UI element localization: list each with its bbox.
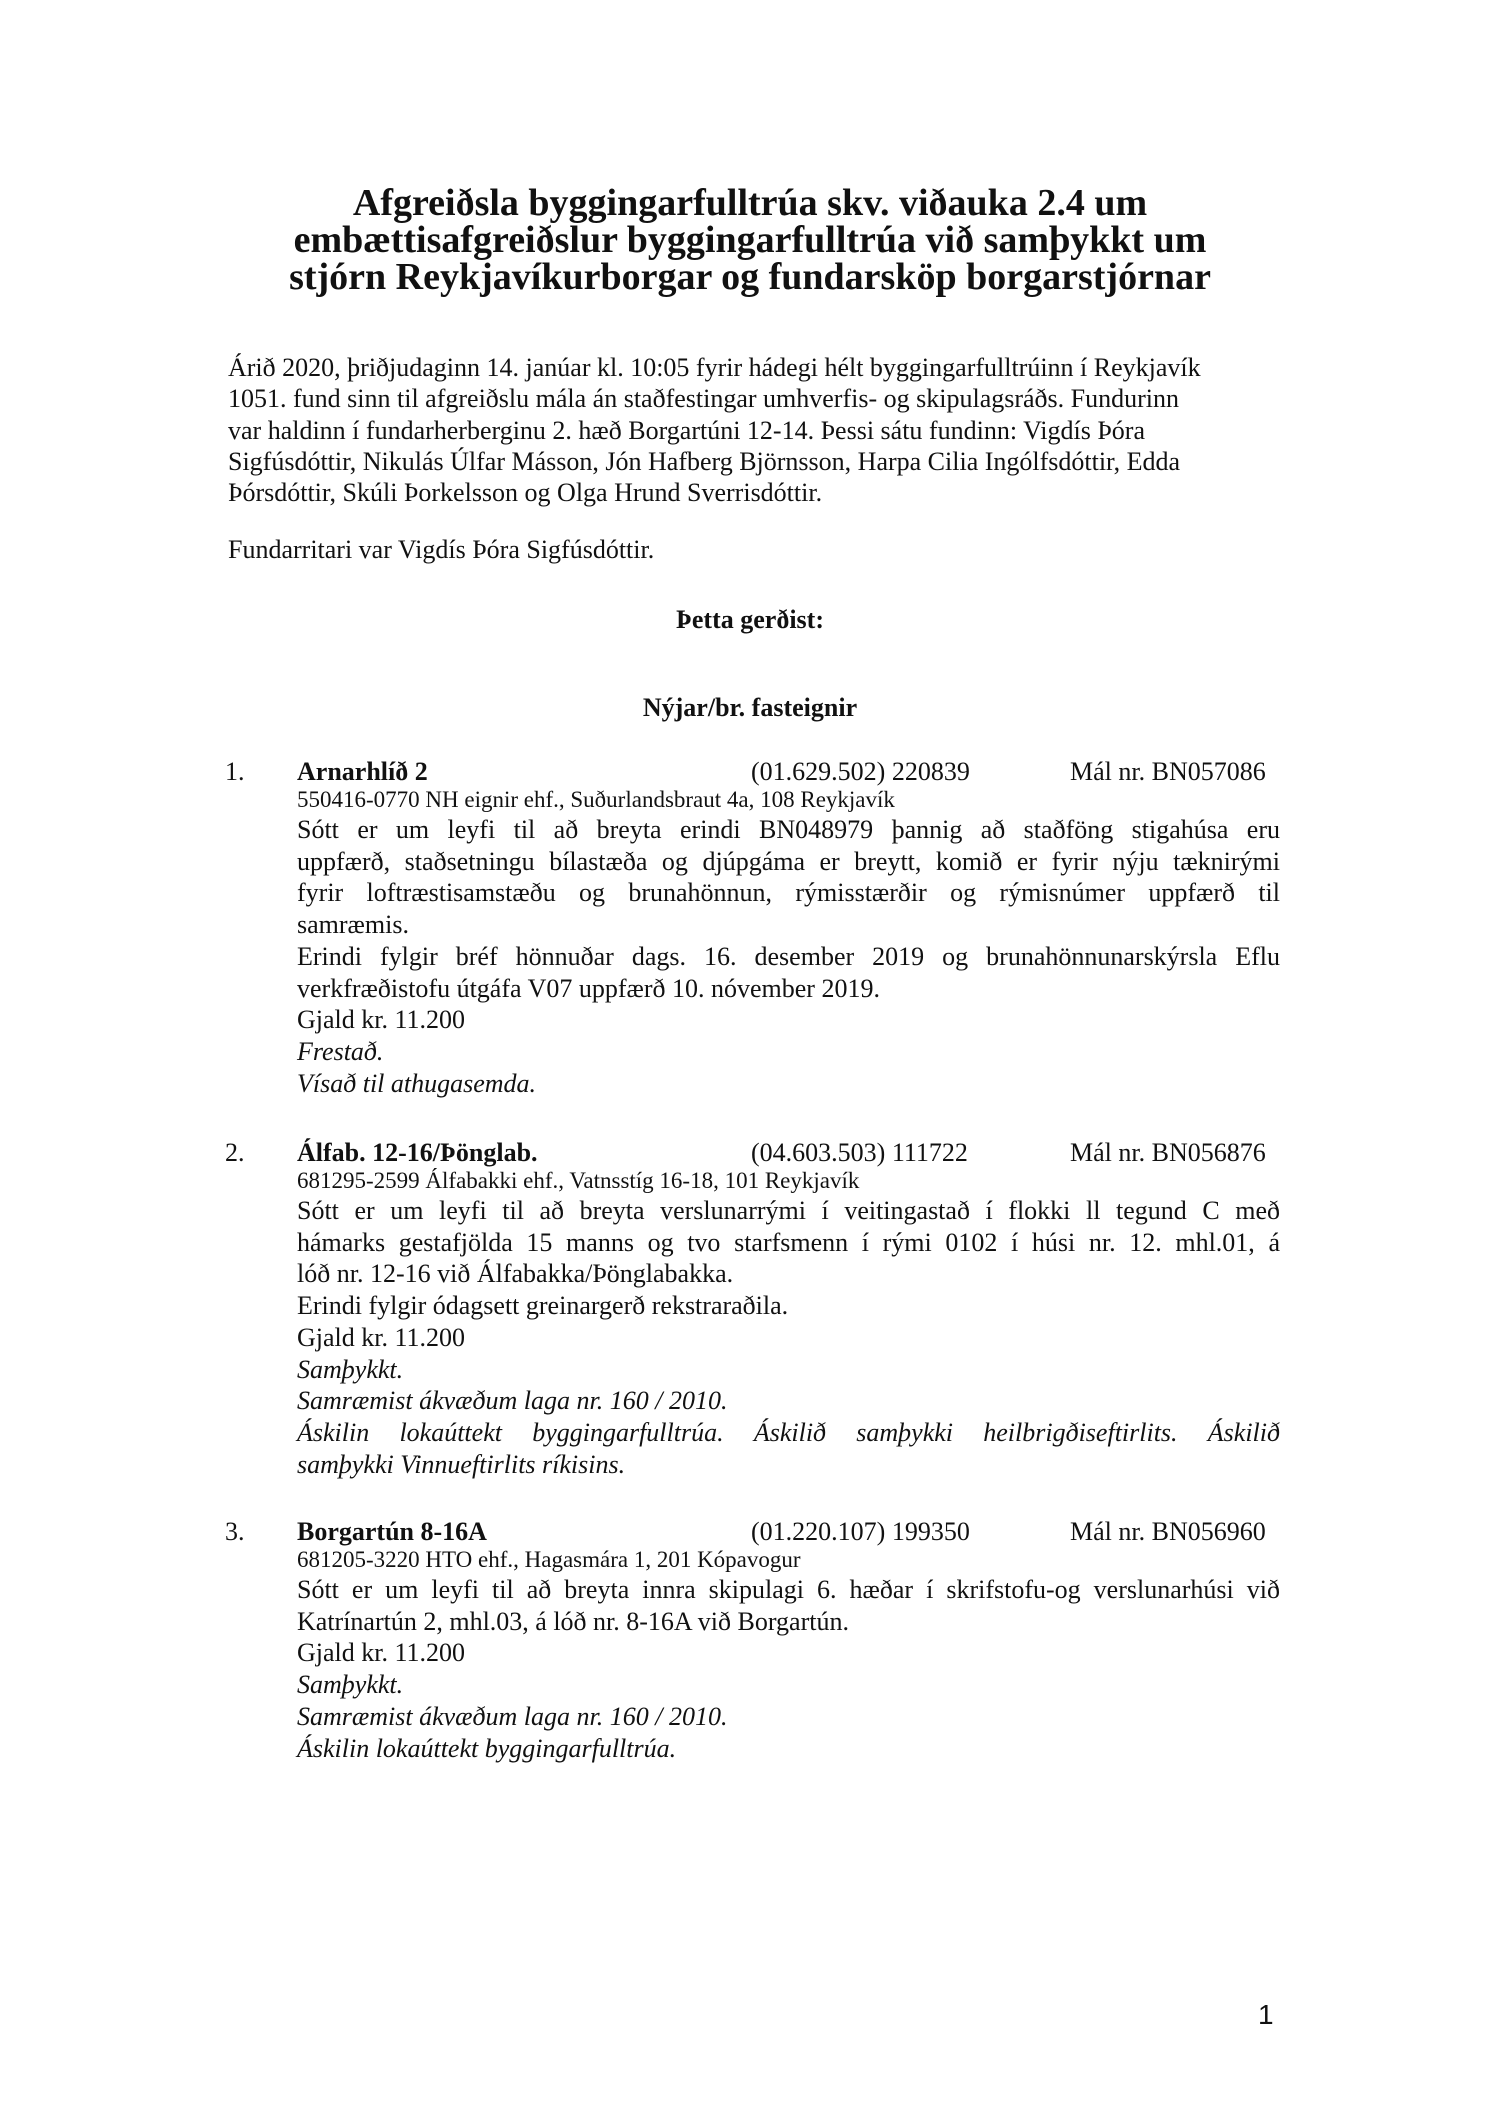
case-number: Mál nr. BN056876 (1070, 1137, 1266, 1169)
description-line: verkfræðistofu útgáfa V07 uppfærð 10. nó… (297, 973, 1280, 1005)
intro-line: Árið 2020, þriðjudaginn 14. janúar kl. 1… (228, 352, 1308, 383)
description-line: hámarks gestafjölda 15 manns og tvo star… (297, 1227, 1280, 1259)
fee-line: Gjald kr. 11.200 (297, 1322, 1280, 1354)
decision-note: Samræmist ákvæðum laga nr. 160 / 2010. (297, 1701, 1280, 1733)
decision-line: Samþykkt. (297, 1669, 1280, 1701)
parcel-number: (01.220.107) 199350 (751, 1516, 970, 1548)
case-number: Mál nr. BN056960 (1070, 1516, 1266, 1548)
title-line: stjórn Reykjavíkurborgar og fundarsköp b… (150, 259, 1350, 296)
property-name: Álfab. 12-16/Þönglab. (297, 1137, 538, 1169)
section-heading: Nýjar/br. fasteignir (0, 692, 1500, 724)
case-item: 1. Arnarhlíð 2 (01.629.502) 220839 Mál n… (0, 756, 1500, 1116)
case-description: Sótt er um leyfi til að breyta verslunar… (297, 1195, 1280, 1480)
case-item: 2. Álfab. 12-16/Þönglab. (04.603.503) 11… (0, 1137, 1500, 1497)
decision-note: Áskilin lokaúttekt byggingarfulltrúa. Ás… (297, 1417, 1280, 1449)
description-line: samræmis. (297, 909, 1280, 941)
decision-note: Samræmist ákvæðum laga nr. 160 / 2010. (297, 1385, 1280, 1417)
decision-line: Samþykkt. (297, 1354, 1280, 1386)
parcel-number: (04.603.503) 111722 (751, 1137, 968, 1169)
description-line: fyrir loftræstisamstæðu og brunahönnun, … (297, 877, 1280, 909)
fee-line: Gjald kr. 11.200 (297, 1637, 1280, 1669)
title-line: Afgreiðsla byggingarfulltrúa skv. viðauk… (150, 185, 1350, 222)
item-number: 3. (225, 1516, 245, 1548)
intro-line: Þórsdóttir, Skúli Þorkelsson og Olga Hru… (228, 477, 1308, 508)
proceedings-heading: Þetta gerðist: (0, 604, 1500, 636)
description-line: Sótt er um leyfi til að breyta innra ski… (297, 1574, 1280, 1606)
case-item: 3. Borgartún 8-16A (01.220.107) 199350 M… (0, 1516, 1500, 1876)
property-name: Borgartún 8-16A (297, 1516, 487, 1548)
parcel-number: (01.629.502) 220839 (751, 756, 970, 788)
case-description: Sótt er um leyfi til að breyta innra ski… (297, 1574, 1280, 1764)
decision-note: samþykki Vinnueftirlits ríkisins. (297, 1449, 1280, 1481)
item-number: 2. (225, 1137, 245, 1169)
title-line: embættisafgreiðslur byggingarfulltrúa vi… (150, 222, 1350, 259)
item-number: 1. (225, 756, 245, 788)
fee-line: Gjald kr. 11.200 (297, 1004, 1280, 1036)
description-line: uppfærð, staðsetningu bílastæða og djúpg… (297, 846, 1280, 878)
intro-line: Sigfúsdóttir, Nikulás Úlfar Másson, Jón … (228, 446, 1308, 477)
page-number: 1 (1258, 1999, 1274, 2031)
intro-line: 1051. fund sinn til afgreiðslu mála án s… (228, 383, 1308, 414)
description-line: lóð nr. 12-16 við Álfabakka/Þönglabakka. (297, 1258, 1280, 1290)
applicant-line: 681205-3220 HTO ehf., Hagasmára 1, 201 K… (297, 1547, 801, 1573)
intro-line: var haldinn í fundarherberginu 2. hæð Bo… (228, 415, 1308, 446)
description-line: Sótt er um leyfi til að breyta verslunar… (297, 1195, 1280, 1227)
decision-note: Áskilin lokaúttekt byggingarfulltrúa. (297, 1733, 1280, 1765)
applicant-line: 550416-0770 NH eignir ehf., Suðurlandsbr… (297, 787, 895, 813)
document-title: Afgreiðsla byggingarfulltrúa skv. viðauk… (150, 185, 1350, 296)
property-name: Arnarhlíð 2 (297, 756, 428, 788)
description-line: Sótt er um leyfi til að breyta erindi BN… (297, 814, 1280, 846)
description-line: Erindi fylgir ódagsett greinargerð rekst… (297, 1290, 1280, 1322)
applicant-line: 681295-2599 Álfabakki ehf., Vatnsstíg 16… (297, 1168, 859, 1194)
description-line: Erindi fylgir bréf hönnuðar dags. 16. de… (297, 941, 1280, 973)
meeting-intro-paragraph: Árið 2020, þriðjudaginn 14. janúar kl. 1… (228, 352, 1308, 508)
decision-line: Frestað. (297, 1036, 1280, 1068)
case-description: Sótt er um leyfi til að breyta erindi BN… (297, 814, 1280, 1099)
description-line: Katrínartún 2, mhl.03, á lóð nr. 8-16A v… (297, 1606, 1280, 1638)
case-number: Mál nr. BN057086 (1070, 756, 1266, 788)
decision-note: Vísað til athugasemda. (297, 1068, 1280, 1100)
meeting-recorder: Fundarritari var Vigdís Þóra Sigfúsdótti… (228, 534, 654, 566)
